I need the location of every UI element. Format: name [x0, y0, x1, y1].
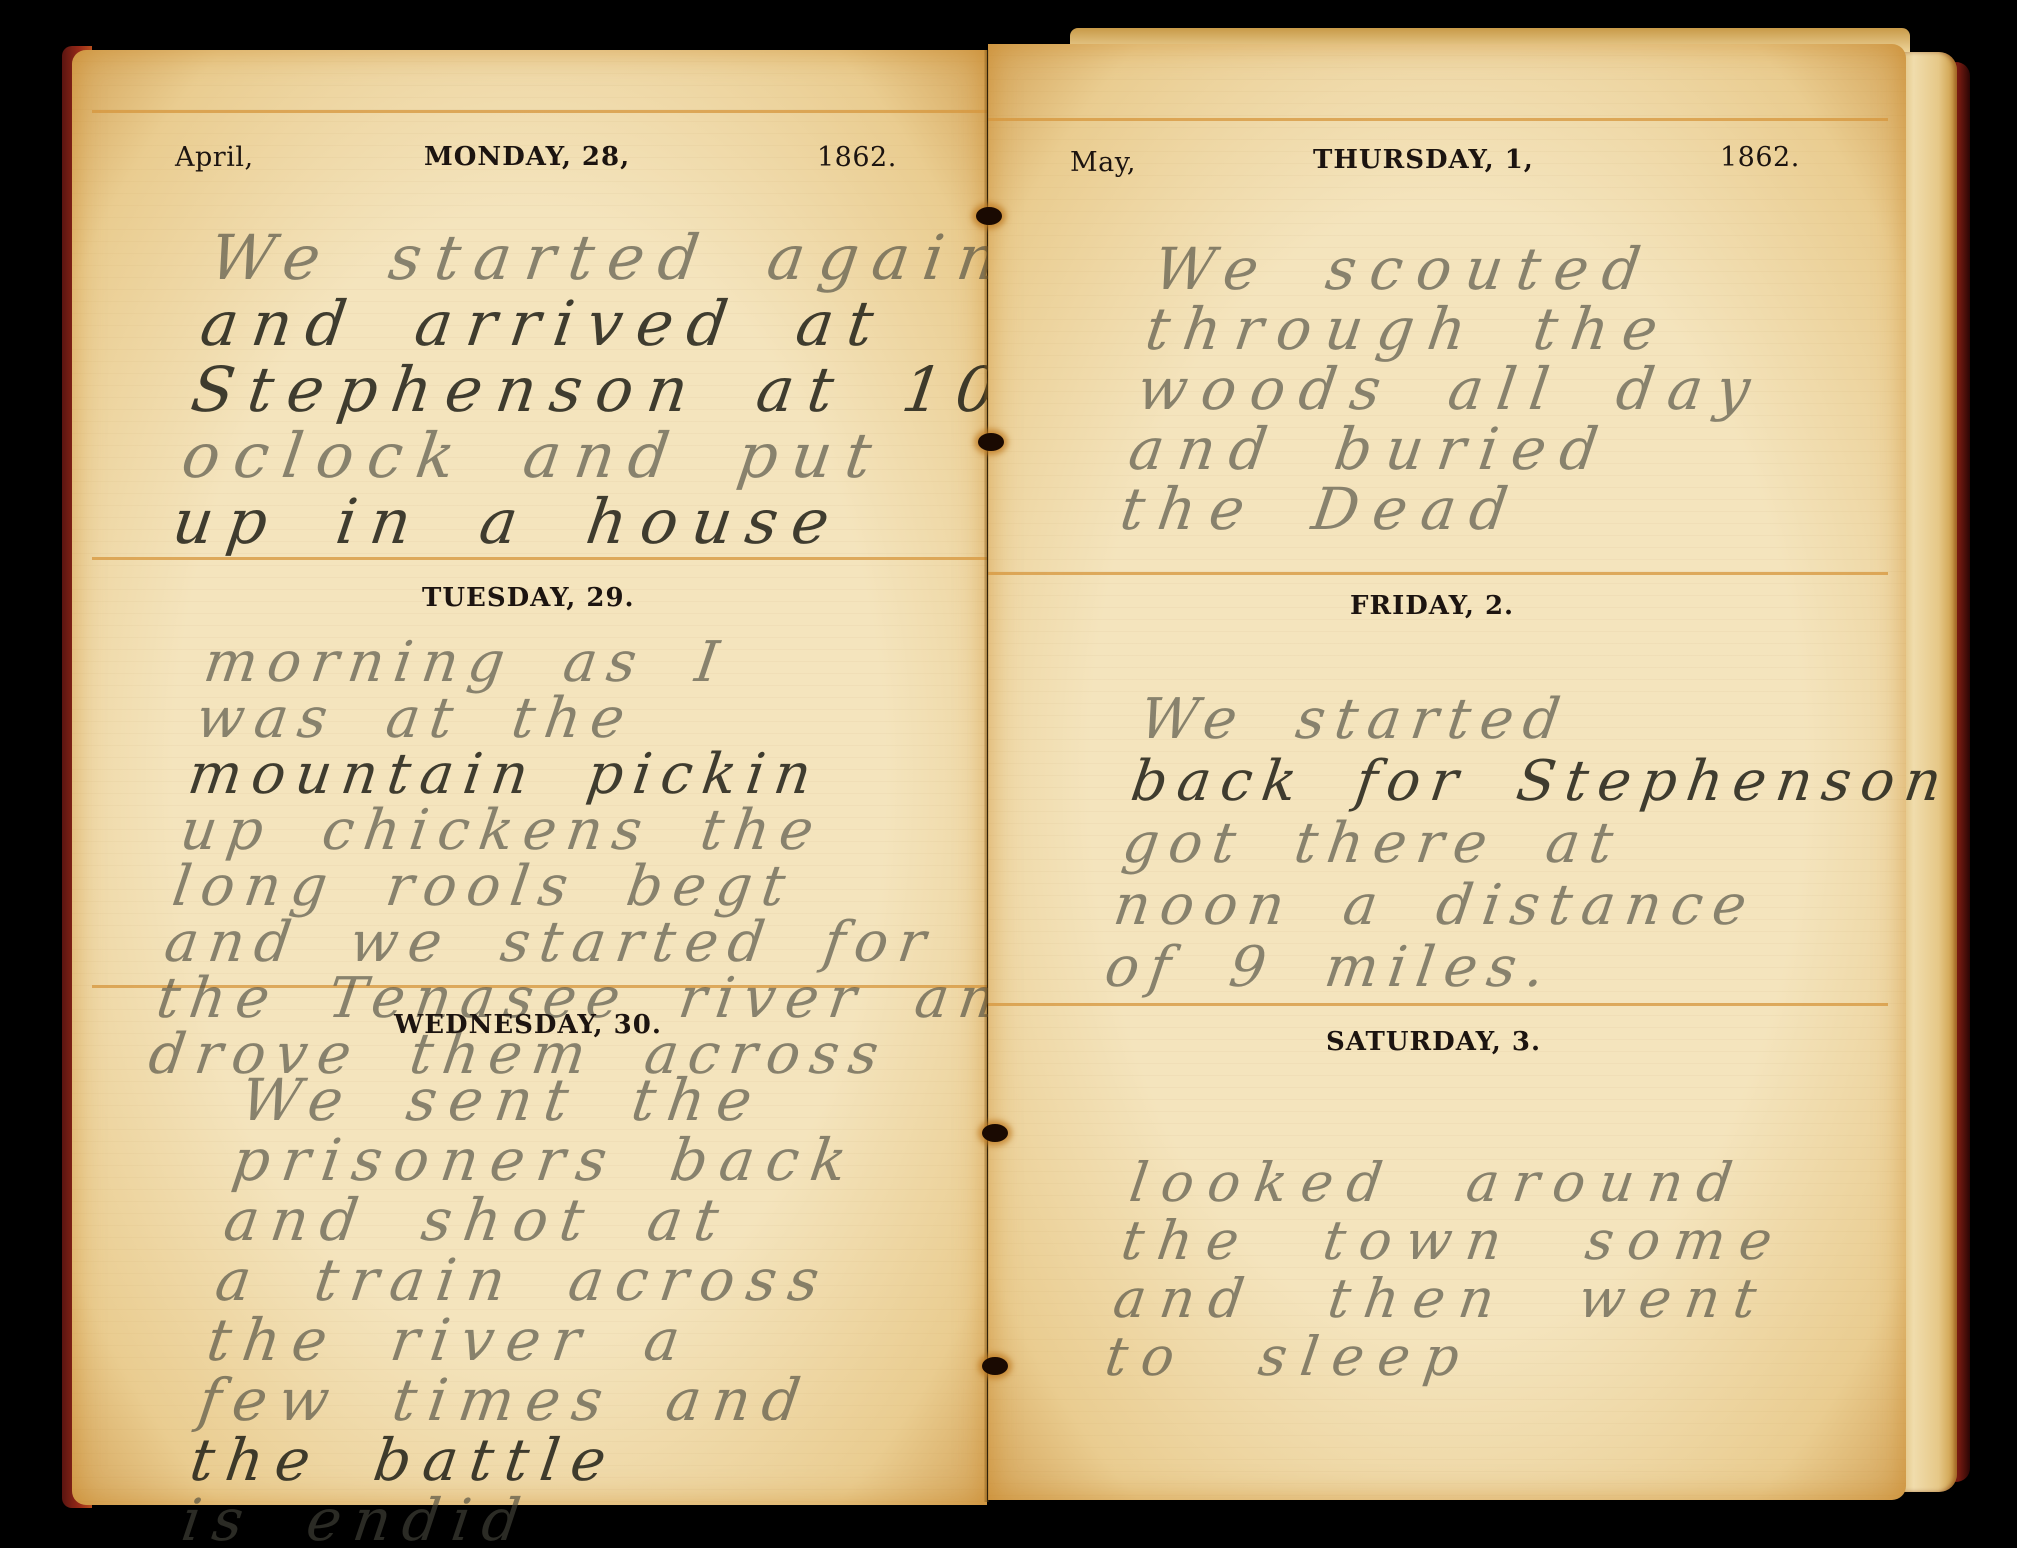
entry-line: back for Stephenson	[1127, 751, 1955, 813]
diary-page-left: April, MONDAY, 28, 1862. We started agai…	[72, 50, 987, 1505]
diary-page-right: May, THURSDAY, 1, 1862. We scouted throu…	[988, 44, 1906, 1500]
entry-line: to sleep	[1102, 1328, 1774, 1386]
diary-entry-wednesday: We sent the prisoners back and shot at a…	[178, 1070, 870, 1548]
rule-line	[988, 572, 1888, 575]
day-heading-friday: FRIDAY, 2.	[1350, 591, 1514, 621]
day-heading-wednesday: WEDNESDAY, 30.	[394, 1010, 662, 1040]
entry-line: We scouted	[1151, 239, 1785, 299]
entry-line: is endid	[178, 1490, 811, 1548]
entry-line: through the	[1142, 299, 1776, 359]
entry-line: Stephenson at 10	[187, 357, 1014, 423]
entry-line: and arrived at	[197, 291, 1024, 357]
day-heading-thursday: THURSDAY, 1,	[1313, 145, 1534, 175]
stitch-hole	[976, 207, 1002, 225]
year-label: 1862.	[1720, 142, 1800, 173]
day-heading-tuesday: TUESDAY, 29.	[422, 583, 635, 613]
entry-line: up chickens the	[177, 803, 1078, 859]
stitch-hole	[982, 1124, 1008, 1142]
entry-line: of 9 miles.	[1101, 937, 1929, 999]
entry-line: We sent the	[237, 1070, 870, 1130]
diary-entry-thursday: We scouted through the woods all day and…	[1117, 239, 1785, 539]
entry-line: the river a	[204, 1310, 837, 1370]
diary-entry-saturday: looked around the town some and then wen…	[1102, 1154, 1798, 1386]
stitch-hole	[982, 1357, 1008, 1375]
entry-line: a train across	[212, 1250, 845, 1310]
entry-line: mountain pickin	[185, 747, 1086, 803]
entry-line: noon a distance	[1110, 875, 1938, 937]
entry-line: oclock and put	[178, 423, 1005, 489]
rule-line	[92, 110, 987, 113]
entry-line: and buried	[1125, 419, 1759, 479]
entry-line: and shot at	[220, 1190, 853, 1250]
stitch-hole	[978, 433, 1004, 451]
entry-line: morning as I	[201, 635, 1102, 691]
month-label: April,	[175, 142, 254, 173]
diary-entry-friday: We started back for Stephenson got there…	[1101, 689, 1964, 999]
day-heading-monday: MONDAY, 28,	[424, 142, 630, 172]
entry-line: the town some	[1118, 1212, 1790, 1270]
entry-line: looked around	[1126, 1154, 1798, 1212]
entry-line: the Dead	[1117, 479, 1751, 539]
day-heading-saturday: SATURDAY, 3.	[1326, 1027, 1541, 1057]
entry-line: woods all day	[1134, 359, 1768, 419]
entry-line: long rools begt	[169, 859, 1070, 915]
entry-line: We started again	[206, 225, 1033, 291]
entry-line: up in a house	[169, 489, 996, 555]
entry-line: prisoners back	[229, 1130, 862, 1190]
entry-line: and we started for	[161, 915, 1062, 971]
year-label: 1862.	[817, 142, 897, 173]
rule-line	[988, 118, 1888, 121]
entry-line: and then went	[1110, 1270, 1782, 1328]
entry-line: few times and	[195, 1370, 828, 1430]
binding-gutter	[984, 50, 989, 1502]
entry-line: the battle	[187, 1430, 820, 1490]
rule-line	[988, 1003, 1888, 1006]
entry-line: We started	[1136, 689, 1964, 751]
diary-entry-monday: We started again and arrived at Stephens…	[169, 225, 1033, 555]
entry-line: got there at	[1119, 813, 1947, 875]
entry-line: was at the	[193, 691, 1094, 747]
month-label: May,	[1070, 147, 1136, 178]
